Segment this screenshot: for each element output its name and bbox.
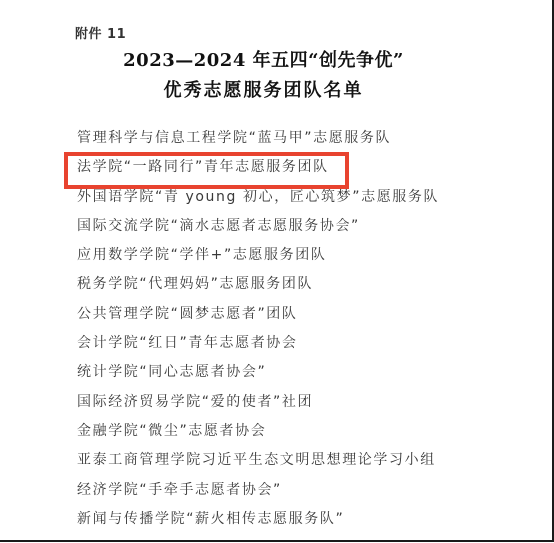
team-item: 经济学院“手牵手志愿者协会” (77, 481, 439, 510)
document-title-line2: 优秀志愿服务团队名单 (0, 76, 527, 102)
team-list: 管理科学与信息工程学院“蓝马甲”志愿服务队 法学院“一路同行”青年志愿服务团队 … (77, 129, 439, 539)
team-item: 金融学院“微尘”志愿者协会 (77, 422, 439, 451)
team-item: 应用数学学院“学伴+”志愿服务团队 (77, 246, 439, 275)
team-item: 新闻与传播学院“薪火相传志愿服务队” (77, 510, 439, 539)
team-item: 外国语学院“青 young 初心，匠心筑梦”志愿服务队 (77, 188, 439, 217)
team-item: 国际交流学院“滴水志愿者志愿服务协会” (77, 217, 439, 246)
team-item: 税务学院“代理妈妈”志愿服务团队 (77, 275, 439, 304)
document-title-line1: 2023—2024 年五四“创先争优” (0, 46, 527, 72)
attachment-label: 附件 11 (75, 23, 126, 42)
team-item-highlighted: 法学院“一路同行”青年志愿服务团队 (77, 158, 439, 187)
team-item: 管理科学与信息工程学院“蓝马甲”志愿服务队 (77, 129, 439, 158)
document-page: 附件 11 2023—2024 年五四“创先争优” 优秀志愿服务团队名单 管理科… (0, 0, 554, 542)
team-item: 亚泰工商管理学院习近平生态文明思想理论学习小组 (77, 451, 439, 480)
team-item: 国际经济贸易学院“爱的使者”社团 (77, 393, 439, 422)
team-item: 统计学院“同心志愿者协会” (77, 363, 439, 392)
team-item: 公共管理学院“圆梦志愿者”团队 (77, 305, 439, 334)
team-item: 会计学院“红日”青年志愿者协会 (77, 334, 439, 363)
